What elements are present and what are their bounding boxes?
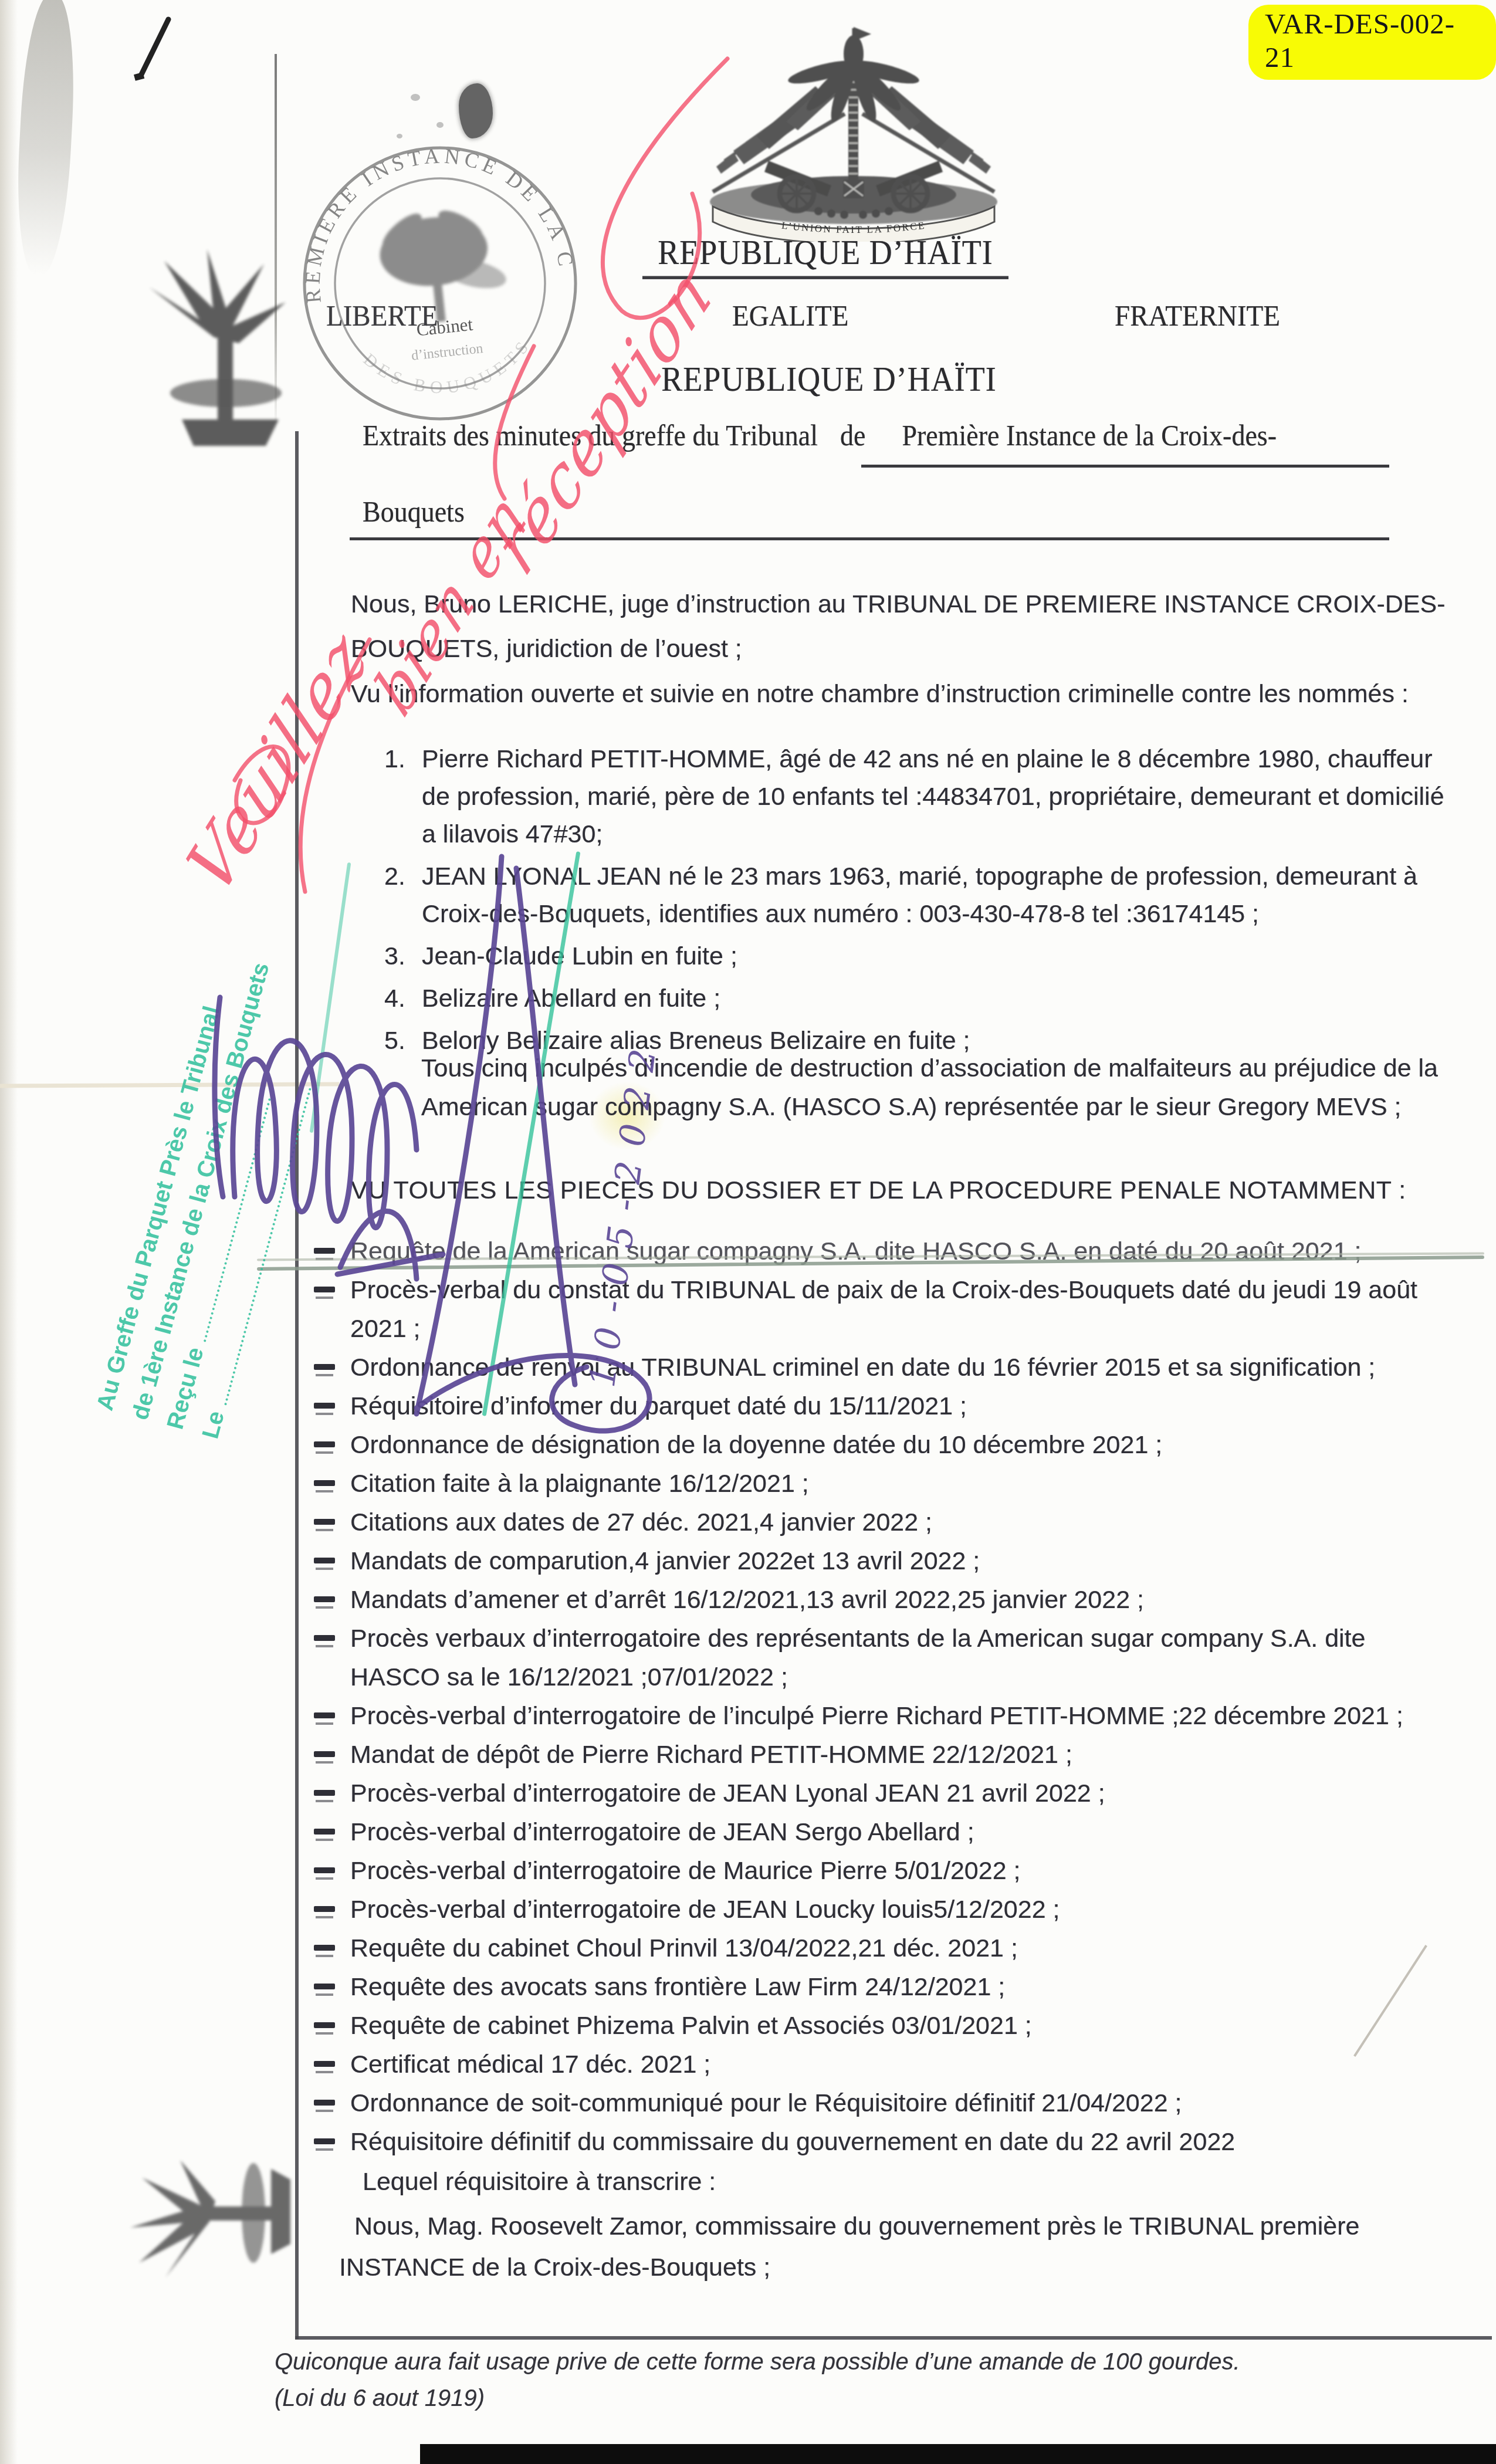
paragraph-commissaire: Nous, Mag. Roosevelt Zamor, commissaire … xyxy=(339,2206,1407,2288)
subject-de: de xyxy=(840,419,865,452)
document-list-item: Procès-verbal d’interrogatoire de l’incu… xyxy=(314,1697,1481,1735)
subject-rest: Première Instance de la Croix-des- xyxy=(902,419,1277,452)
dash-bullet xyxy=(314,1619,350,1697)
document-item-text: Réquisitoire définitif du commissaire du… xyxy=(350,2123,1433,2161)
scan-fold-shadow xyxy=(12,0,79,277)
document-list-item: Citation faite à la plaignante 16/12/202… xyxy=(314,1464,1481,1503)
document-item-text: Citations aux dates de 27 déc. 2021,4 ja… xyxy=(350,1503,1433,1542)
scan-black-bar xyxy=(420,2444,1496,2464)
dash-bullet xyxy=(314,1813,350,1852)
document-item-text: Procès verbaux d’interrogatoire des repr… xyxy=(350,1619,1433,1697)
document-list-item: Requête des avocats sans frontière Law F… xyxy=(314,1968,1481,2006)
document-item-text: Requête de cabinet Phizema Palvin et Ass… xyxy=(350,2006,1433,2045)
document-item-text: Procès-verbal d’interrogatoire de Mauric… xyxy=(350,1852,1433,1890)
document-list-item: Réquisitoire définitif du commissaire du… xyxy=(314,2123,1481,2161)
dash-bullet xyxy=(314,1542,350,1580)
document-list-item: Procès-verbal d’interrogatoire de JEAN L… xyxy=(314,1890,1481,1929)
document-item-text: Procès-verbal d’interrogatoire de JEAN S… xyxy=(350,1813,1433,1852)
document-list-item: Certificat médical 17 déc. 2021 ; xyxy=(314,2045,1481,2084)
document-list-item: Mandats de comparution,4 janvier 2022et … xyxy=(314,1542,1481,1580)
document-list-item: Mandat de dépôt de Pierre Richard PETIT-… xyxy=(314,1735,1481,1774)
dash-bullet xyxy=(314,2006,350,2045)
document-list-item: Procès verbaux d’interrogatoire des repr… xyxy=(314,1619,1481,1697)
dash-bullet xyxy=(314,2084,350,2123)
document-item-text: Certificat médical 17 déc. 2021 ; xyxy=(350,2045,1433,2084)
document-item-text: Requête du cabinet Choul Prinvil 13/04/2… xyxy=(350,1929,1433,1968)
document-item-text: Requête des avocats sans frontière Law F… xyxy=(350,1968,1433,2006)
dash-bullet xyxy=(314,1929,350,1968)
dash-bullet xyxy=(314,1735,350,1774)
dash-bullet xyxy=(314,1464,350,1503)
document-list-item: Mandats d’amener et d’arrêt 16/12/2021,1… xyxy=(314,1580,1481,1619)
scan-edge-shadow xyxy=(0,0,18,2464)
document-item-text: Procès-verbal d’interrogatoire de JEAN L… xyxy=(350,1774,1433,1813)
document-list-item: Procès-verbal d’interrogatoire de Mauric… xyxy=(314,1852,1481,1890)
document-item-text: Mandats d’amener et d’arrêt 16/12/2021,1… xyxy=(350,1580,1433,1619)
footer-legal-notice: Quiconque aura fait usage prive de cette… xyxy=(275,2349,1240,2375)
document-list-item: Requête du cabinet Choul Prinvil 13/04/2… xyxy=(314,1929,1481,1968)
document-list-item: Citations aux dates de 27 déc. 2021,4 ja… xyxy=(314,1503,1481,1542)
document-item-text: Citation faite à la plaignante 16/12/202… xyxy=(350,1464,1433,1503)
subject-underline xyxy=(861,465,1389,468)
dash-bullet xyxy=(314,1852,350,1890)
dash-bullet xyxy=(314,1890,350,1929)
footer-law-reference: (Loi du 6 aout 1919) xyxy=(275,2385,485,2412)
scanned-court-document: VAR-DES-002-21 xyxy=(0,0,1496,2464)
paragraph-lequel: Lequel réquisitoire à transcrire : xyxy=(363,2162,1419,2201)
form-border-bottom xyxy=(295,2336,1492,2340)
document-list-item: Procès-verbal d’interrogatoire de JEAN L… xyxy=(314,1774,1481,1813)
dash-bullet xyxy=(314,1774,350,1813)
dash-bullet xyxy=(314,2123,350,2161)
document-list-item: Procès-verbal d’interrogatoire de JEAN S… xyxy=(314,1813,1481,1852)
dash-bullet xyxy=(314,2045,350,2084)
document-item-text: Procès-verbal d’interrogatoire de JEAN L… xyxy=(350,1890,1433,1929)
dash-bullet xyxy=(314,1697,350,1735)
case-reference-label: VAR-DES-002-21 xyxy=(1248,5,1496,80)
document-list-item: Requête de cabinet Phizema Palvin et Ass… xyxy=(314,2006,1481,2045)
dash-bullet xyxy=(314,1503,350,1542)
document-item-text: Procès-verbal d’interrogatoire de l’incu… xyxy=(350,1697,1433,1735)
document-list-item: Ordonnance de soit-communiqué pour le Ré… xyxy=(314,2084,1481,2123)
document-item-text: Mandat de dépôt de Pierre Richard PETIT-… xyxy=(350,1735,1433,1774)
motto-fraternite: FRATERNITE xyxy=(1115,299,1280,333)
document-item-text: Ordonnance de soit-communiqué pour le Ré… xyxy=(350,2084,1433,2123)
palm-emblem-stamp xyxy=(113,2131,295,2307)
document-item-text: Mandats de comparution,4 janvier 2022et … xyxy=(350,1542,1433,1580)
dash-bullet xyxy=(314,1580,350,1619)
dash-bullet xyxy=(314,1968,350,2006)
